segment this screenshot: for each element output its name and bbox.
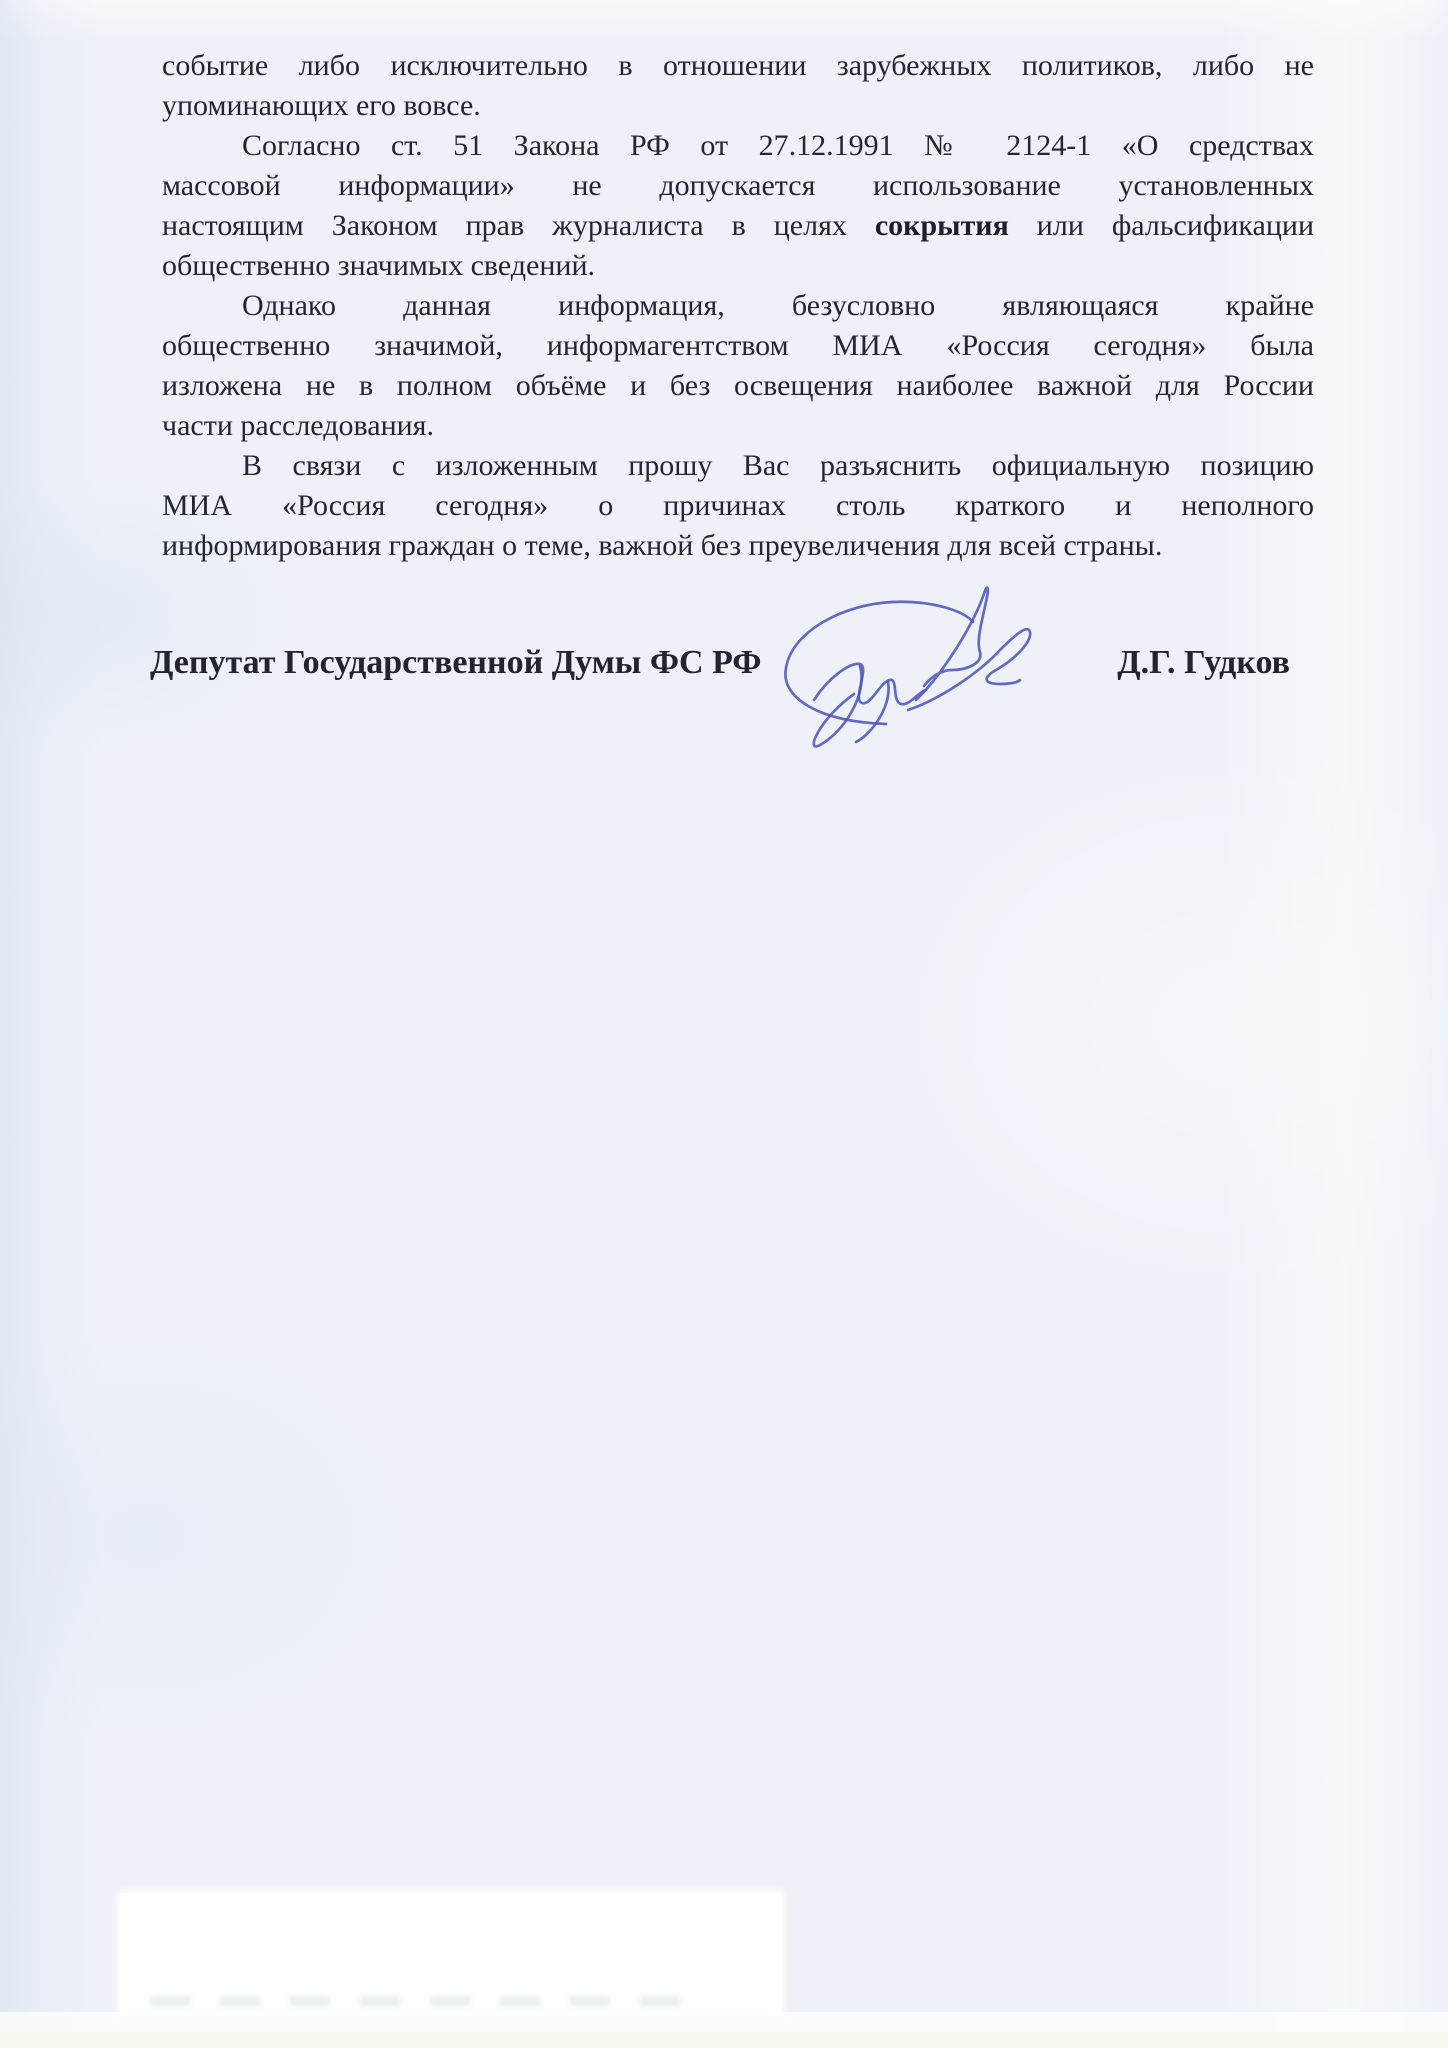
text-line: общественно значимой, информагентством М… (162, 326, 1314, 366)
signature-row: Депутат Государственной Думы ФС РФ Д.Г. … (150, 640, 1290, 686)
text-line: Однако данная информация, безусловно явл… (162, 286, 1314, 326)
scan-bottom-band (0, 2012, 1448, 2032)
signatory-name: Д.Г. Гудков (1117, 640, 1290, 686)
text-line: общественно значимых сведений. (162, 246, 1314, 286)
faint-footer-remnant (150, 1996, 710, 2006)
paragraph: Согласно ст. 51 Закона РФ от 27.12.1991 … (162, 126, 1314, 286)
text-line: МИА «Россия сегодня» о причинах столь кр… (162, 486, 1314, 526)
paragraph: событие либо исключительно в отношении з… (162, 46, 1314, 126)
text-segment: настоящим Законом прав журналиста в целя… (162, 209, 875, 242)
emphasized-word: сокрытия (875, 209, 1009, 242)
text-line: изложена не в полном объёме и без освеще… (162, 366, 1314, 406)
text-line: массовой информации» не допускается испо… (162, 166, 1314, 206)
text-segment: или фальсификации (1009, 209, 1314, 242)
text-line: Согласно ст. 51 Закона РФ от 27.12.1991 … (162, 126, 1314, 166)
scan-bottom-strip (0, 2032, 1448, 2048)
text-line: настоящим Законом прав журналиста в целя… (162, 206, 1314, 246)
signatory-title: Депутат Государственной Думы ФС РФ (150, 640, 762, 686)
text-line: части расследования. (162, 406, 1314, 446)
handwritten-signature (768, 582, 1040, 754)
text-line: событие либо исключительно в отношении з… (162, 46, 1314, 86)
text-line: упоминающих его вовсе. (162, 86, 1314, 126)
paragraph: Однако данная информация, безусловно явл… (162, 286, 1314, 446)
scanned-letter-page: событие либо исключительно в отношении з… (0, 0, 1448, 2048)
letter-body: событие либо исключительно в отношении з… (162, 46, 1314, 566)
text-line: В связи с изложенным прошу Вас разъяснит… (162, 446, 1314, 486)
text-line: информирования граждан о теме, важной бе… (162, 526, 1314, 566)
paragraph: В связи с изложенным прошу Вас разъяснит… (162, 446, 1314, 566)
